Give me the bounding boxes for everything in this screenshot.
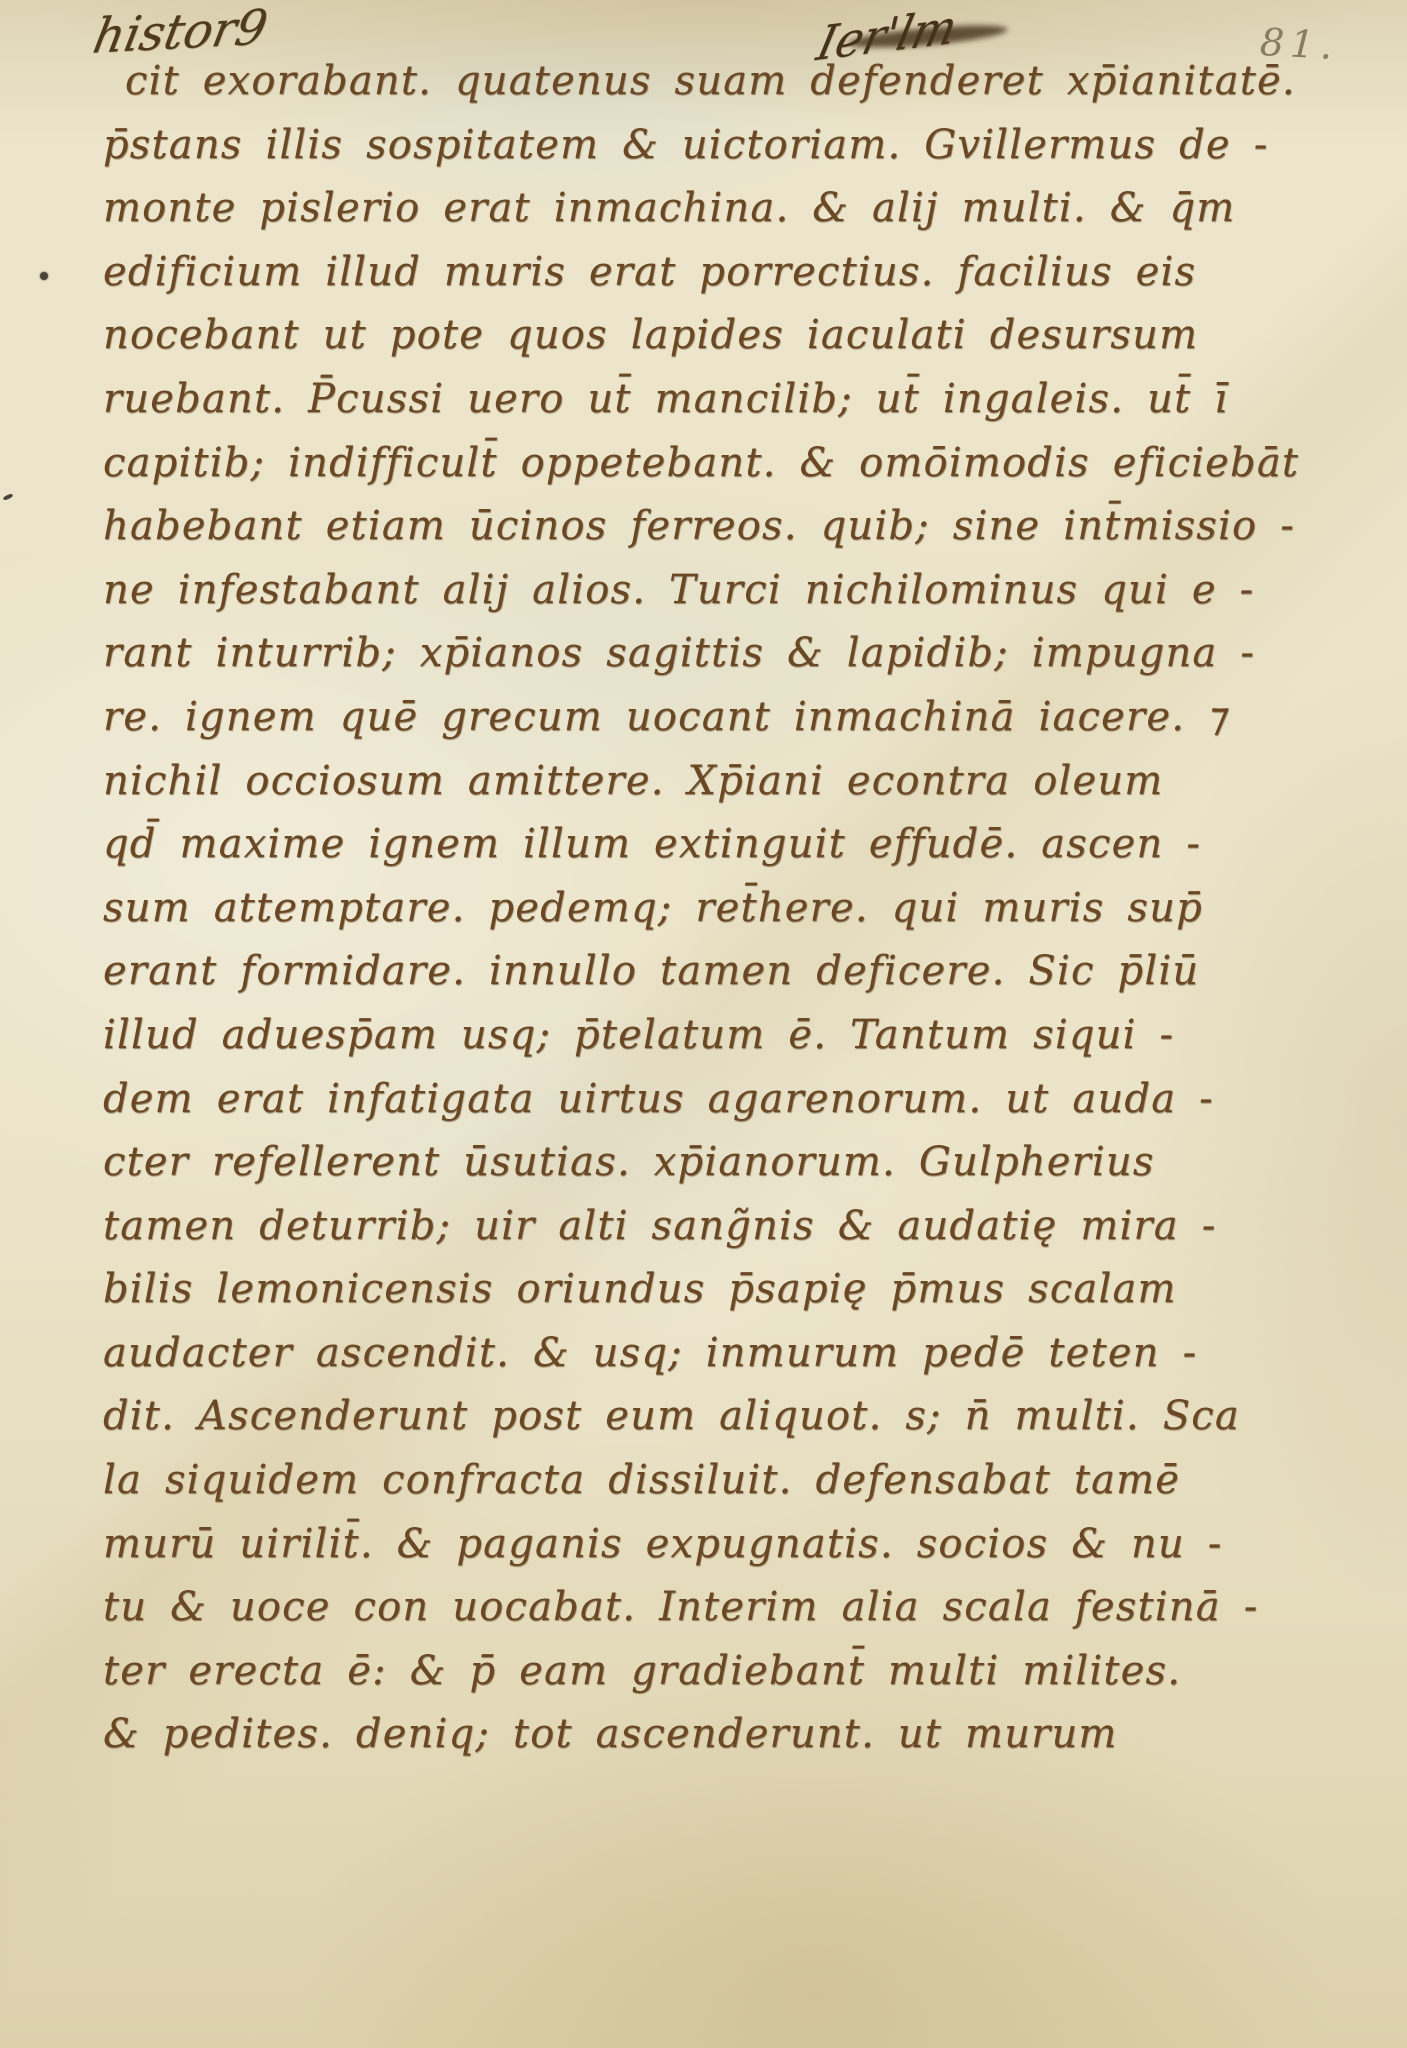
- manuscript-line: cter refellerent ūsutias. xp̄ianorum. Gu…: [103, 1131, 1318, 1195]
- manuscript-line: dem erat infatigata uirtus agarenorum. u…: [103, 1068, 1318, 1132]
- manuscript-line: ne infestabant alij alios. Turci nichilo…: [103, 559, 1318, 623]
- manuscript-line: la siquidem confracta dissiluit. defensa…: [103, 1449, 1318, 1513]
- manuscript-line: & pedites. deniq; tot ascenderunt. ut mu…: [103, 1703, 1318, 1767]
- manuscript-line: nichil occiosum amittere. Xp̄iani econtr…: [103, 750, 1318, 814]
- manuscript-line: qd̄ maxime ignem illum extinguit effudē.…: [103, 813, 1318, 877]
- manuscript-line: cit exorabant. quatenus suam defenderet …: [103, 50, 1318, 114]
- manuscript-line: illud aduesp̄am usq; p̄telatum ē. Tantum…: [103, 1004, 1318, 1068]
- manuscript-line: sum attemptare. pedemq; ret̄here. qui mu…: [103, 877, 1318, 941]
- manuscript-line: habebant etiam ūcinos ferreos. quib; sin…: [103, 495, 1318, 559]
- manuscript-line: p̄stans illis sospitatem & uictoriam. Gv…: [103, 114, 1318, 178]
- manuscript-line: tu & uoce con uocabat. Interim alia scal…: [103, 1576, 1318, 1640]
- manuscript-line: edificium illud muris erat porrectius. f…: [103, 241, 1318, 305]
- manuscript-line: murū uirilit̄. & paganis expugnatis. soc…: [103, 1513, 1318, 1577]
- manuscript-line: dit. Ascenderunt post eum aliquot. s; n̄…: [103, 1385, 1318, 1449]
- manuscript-line: nocebant ut pote quos lapides iaculati d…: [103, 304, 1318, 368]
- manuscript-line: capitib; indifficult̄ oppetebant. & omōi…: [103, 432, 1318, 496]
- text-block: cit exorabant. quatenus suam defenderet …: [103, 50, 1318, 1767]
- manuscript-line: ruebant. P̄cussi uero ut̄ mancilib; ut̄ …: [103, 368, 1318, 432]
- margin-speck-icon: [40, 272, 48, 280]
- manuscript-line: monte pislerio erat inmachina. & alij mu…: [103, 177, 1318, 241]
- margin-speck-icon: [3, 493, 14, 501]
- manuscript-page: histor9 Ier'lm 81. cit exorabant. quaten…: [0, 0, 1407, 2048]
- manuscript-line: re. ignem quē grecum uocant inmachinā ia…: [103, 686, 1318, 750]
- manuscript-line: bilis lemonicensis oriundus p̄sapię p̄mu…: [103, 1258, 1318, 1322]
- manuscript-line: ter erecta ē: & p̄ eam gradiebant̄ multi…: [103, 1640, 1318, 1704]
- manuscript-line: audacter ascendit. & usq; inmurum pedē t…: [103, 1322, 1318, 1386]
- manuscript-line: tamen deturrib; uir alti sang̃nis & auda…: [103, 1195, 1318, 1259]
- manuscript-line: rant inturrib; xp̄ianos sagittis & lapid…: [103, 622, 1318, 686]
- manuscript-line: erant formidare. innullo tamen deficere.…: [103, 940, 1318, 1004]
